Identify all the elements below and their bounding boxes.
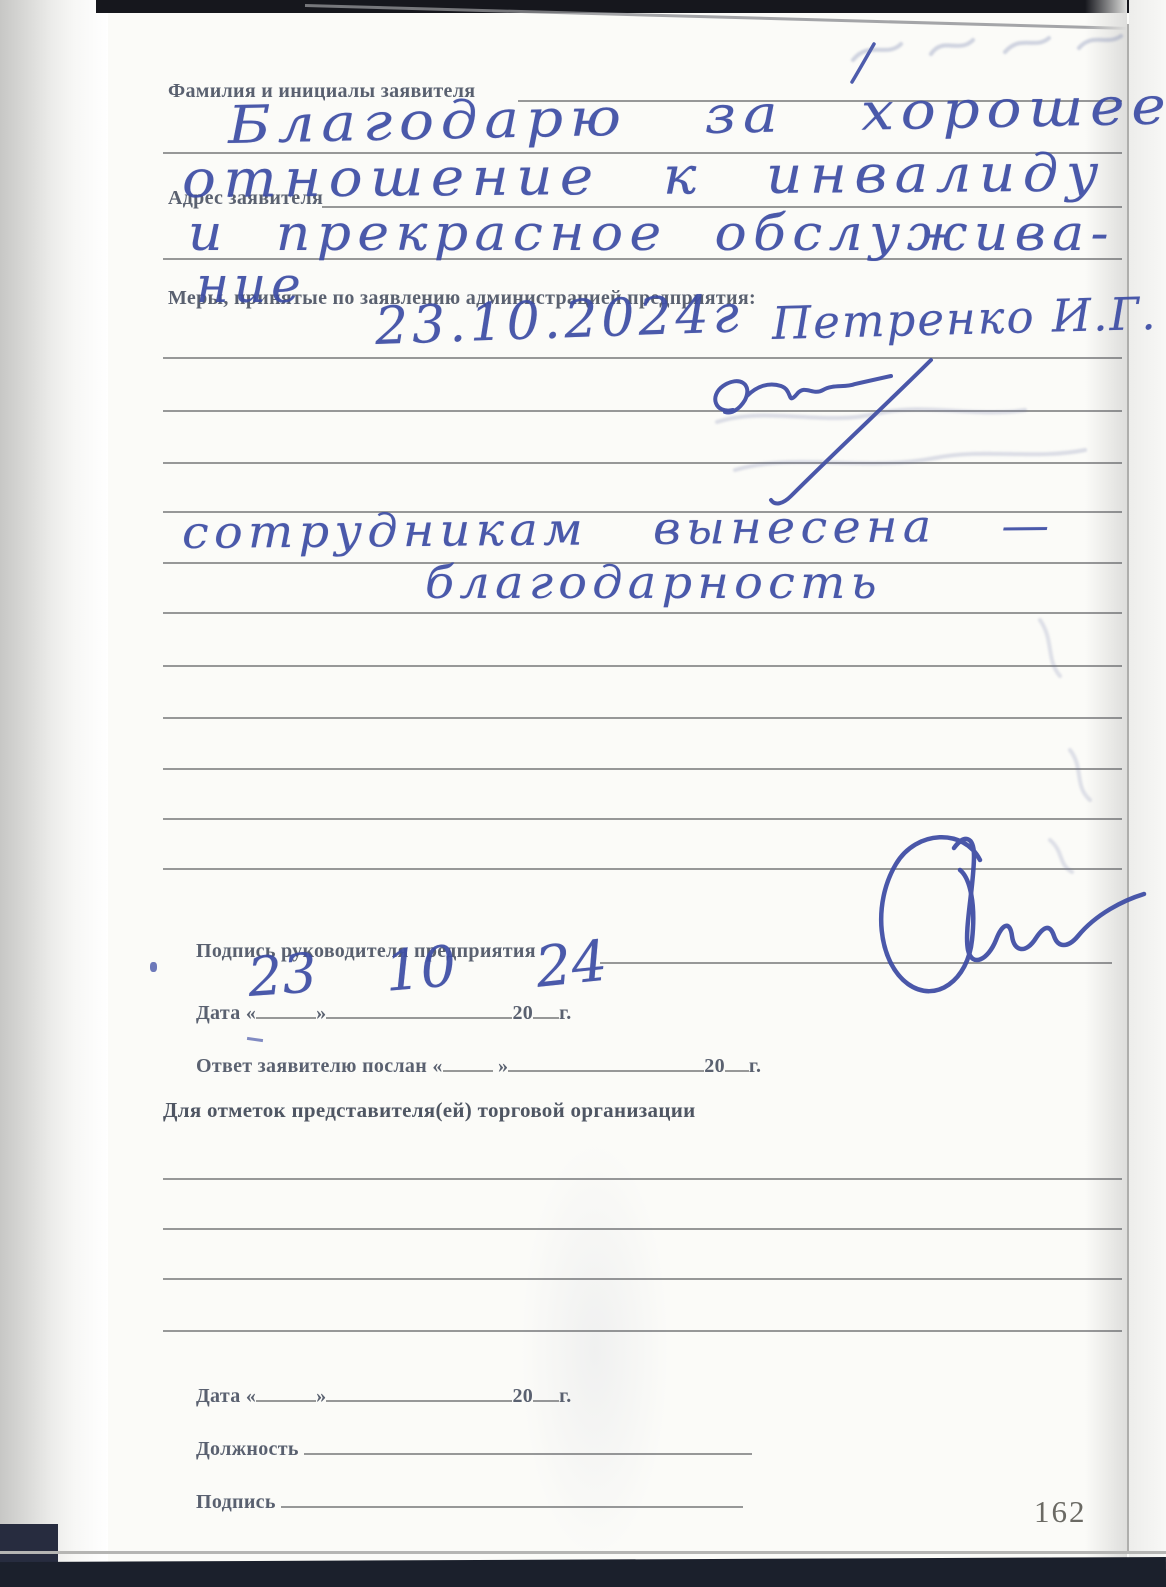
reply-month-field — [508, 1055, 704, 1072]
handwritten-note-line2: благодарность — [425, 556, 882, 609]
year-suffix: г. — [559, 1385, 571, 1407]
book-cover-bottom-edge — [0, 1557, 1166, 1587]
date-day-field — [256, 1385, 316, 1402]
book-cover-top-edge — [96, 0, 1166, 13]
signature-field — [281, 1491, 743, 1508]
year-prefix: 20 — [512, 1002, 533, 1024]
quote-close: » — [498, 1055, 508, 1077]
date-year-field — [533, 1385, 559, 1402]
ruled-line — [163, 1330, 1122, 1332]
signature-row: Подпись — [196, 1491, 743, 1514]
quote-close: » — [316, 1002, 326, 1024]
ink-speck — [150, 962, 157, 972]
bleed-through-marks — [705, 392, 1125, 492]
signature-label: Подпись — [196, 1491, 276, 1513]
ruled-line — [163, 1178, 1122, 1180]
handwritten-date-year: 24 — [533, 929, 611, 1001]
page-number: 162 — [1034, 1494, 1087, 1530]
reply-sent-label: Ответ заявителю послан — [196, 1055, 427, 1077]
trade-org-marks-label: Для отметок представителя(ей) торговой о… — [163, 1098, 696, 1123]
handwritten-message-line3: и прекрасное обслужива- — [188, 204, 1115, 262]
bleed-through-marks — [1020, 600, 1140, 880]
year-suffix: г. — [559, 1002, 571, 1024]
year-prefix: 20 — [704, 1055, 725, 1077]
bottom-date-row: Дата «»20г. — [196, 1385, 572, 1408]
ruled-line — [163, 768, 1122, 770]
ruled-line — [163, 717, 1122, 719]
quote-close: » — [316, 1385, 326, 1407]
handwritten-message-line2: отношение к инвалиду — [182, 144, 1106, 210]
page-stack-left-edge — [0, 0, 108, 1587]
ruled-line — [163, 612, 1122, 614]
ruled-line — [163, 665, 1122, 667]
position-row: Должность — [196, 1438, 752, 1461]
page-bottom-edge-line — [0, 1551, 1166, 1554]
quote-open: « — [432, 1055, 442, 1077]
position-label: Должность — [196, 1438, 299, 1460]
reply-day-field — [443, 1055, 493, 1072]
scanned-complaint-book-page: Фамилия и инициалы заявителя Адрес заяви… — [0, 0, 1166, 1587]
ruled-line — [163, 1228, 1122, 1230]
year-suffix: г. — [749, 1055, 761, 1077]
ruled-line — [163, 357, 1122, 359]
year-prefix: 20 — [512, 1385, 533, 1407]
handwritten-date-day: 23 — [246, 941, 319, 1009]
date-month-field — [326, 1385, 512, 1402]
date-word: Дата — [196, 1385, 241, 1407]
ink-speck — [247, 1037, 263, 1042]
date-year-field — [533, 1002, 559, 1019]
date-word: Дата — [196, 1002, 241, 1024]
quote-open: « — [246, 1385, 256, 1407]
date-month-field — [326, 1002, 512, 1019]
reply-sent-row: Ответ заявителю послан « »20г. — [196, 1055, 761, 1078]
ruled-line — [163, 1278, 1122, 1280]
handwritten-measures-date: 23.10.2024г — [374, 284, 744, 357]
handwritten-measures-name: Петренко И.Г. — [771, 287, 1158, 350]
handwritten-message-line4: ние — [196, 256, 306, 314]
bleed-through-marks — [835, 14, 1145, 80]
handwritten-date-month: 10 — [382, 934, 459, 1005]
position-field — [304, 1438, 752, 1455]
reply-year-field — [725, 1055, 749, 1072]
